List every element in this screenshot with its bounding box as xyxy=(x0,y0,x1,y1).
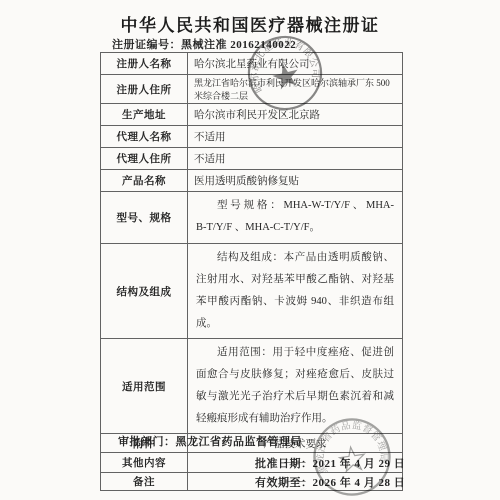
certificate-page: 中华人民共和国医疗器械注册证 注册证编号：黑械注准 20162140022 注册… xyxy=(0,0,500,500)
table-row: 注册人住所 黑龙江省哈尔滨市利民开发区哈尔滨轴承厂东 500 米综合楼二层 xyxy=(101,75,403,104)
table-row: 产品名称 医用透明质酸钠修复贴 xyxy=(101,170,403,192)
row-label: 生产地址 xyxy=(101,104,188,126)
registration-number-value: 黑械注准 20162140022 xyxy=(181,39,296,51)
registration-number-line: 注册证编号：黑械注准 20162140022 xyxy=(112,36,296,52)
row-label: 结构及组成 xyxy=(101,244,188,339)
table-row: 生产地址 哈尔滨市利民开发区北京路 xyxy=(101,104,403,126)
model-spec-text: 型 号 规 格 ： MHA-W-T/Y/F 、 MHA-B-T/Y/F 、MHA… xyxy=(194,193,396,241)
row-label: 代理人住所 xyxy=(101,148,188,170)
approve-date-value: 2021 年 4 月 29 日 xyxy=(313,458,406,470)
table-row: 适用范围 适用范围：用于轻中度痤疮、促进创面愈合与皮肤修复；对痤疮愈后、皮肤过敏… xyxy=(101,339,403,434)
row-label: 备注 xyxy=(101,473,188,491)
row-label: 注册人名称 xyxy=(101,53,188,75)
row-label: 其他内容 xyxy=(101,453,188,473)
row-label: 型号、规格 xyxy=(101,192,188,244)
row-label: 产品名称 xyxy=(101,170,188,192)
row-value: 结构及组成：本产品由透明质酸钠、注射用水、对羟基苯甲酸乙酯钠、对羟基苯甲酸丙酯钠… xyxy=(188,244,403,339)
approval-department-label: 审批部门： xyxy=(118,436,176,448)
row-value: 哈尔滨市利民开发区北京路 xyxy=(188,104,403,126)
row-label: 适用范围 xyxy=(101,339,188,434)
approve-date-line: 批准日期：2021 年 4 月 29 日 xyxy=(255,455,405,471)
row-label: 注册人住所 xyxy=(101,75,188,104)
intended-use-text: 适用范围：用于轻中度痤疮、促进创面愈合与皮肤修复；对痤疮愈后、皮肤过敏与激光光子… xyxy=(194,340,396,432)
table-row: 代理人名称 不适用 xyxy=(101,126,403,148)
table-row: 注册人名称 哈尔滨北星药业有限公司 xyxy=(101,53,403,75)
row-value: 黑龙江省哈尔滨市利民开发区哈尔滨轴承厂东 500 米综合楼二层 xyxy=(188,75,403,104)
row-value: 医用透明质酸钠修复贴 xyxy=(188,170,403,192)
certificate-table: 注册人名称 哈尔滨北星药业有限公司 注册人住所 黑龙江省哈尔滨市利民开发区哈尔滨… xyxy=(100,52,403,491)
row-label: 代理人名称 xyxy=(101,126,188,148)
row-value: 不适用 xyxy=(188,148,403,170)
row-value: 不适用 xyxy=(188,126,403,148)
approve-date-label: 批准日期： xyxy=(255,458,313,470)
row-value: 适用范围：用于轻中度痤疮、促进创面愈合与皮肤修复；对痤疮愈后、皮肤过敏与激光光子… xyxy=(188,339,403,434)
table-row: 型号、规格 型 号 规 格 ： MHA-W-T/Y/F 、 MHA-B-T/Y/… xyxy=(101,192,403,244)
registration-number-label: 注册证编号： xyxy=(112,39,181,51)
certificate-title: 中华人民共和国医疗器械注册证 xyxy=(0,11,500,36)
table-row: 代理人住所 不适用 xyxy=(101,148,403,170)
approval-department-line: 审批部门：黑龙江省药品监督管理局 xyxy=(118,433,302,449)
valid-until-value: 2026 年 4 月 28 日 xyxy=(313,477,406,489)
composition-text: 结构及组成：本产品由透明质酸钠、注射用水、对羟基苯甲酸乙酯钠、对羟基苯甲酸丙酯钠… xyxy=(194,245,396,337)
row-value: 型 号 规 格 ： MHA-W-T/Y/F 、 MHA-B-T/Y/F 、MHA… xyxy=(188,192,403,244)
valid-until-label: 有效期至： xyxy=(255,477,313,489)
row-value: 哈尔滨北星药业有限公司 xyxy=(188,53,403,75)
valid-until-line: 有效期至：2026 年 4 月 28 日 xyxy=(255,474,405,490)
approval-department-value: 黑龙江省药品监督管理局 xyxy=(176,436,303,448)
table-row: 结构及组成 结构及组成：本产品由透明质酸钠、注射用水、对羟基苯甲酸乙酯钠、对羟基… xyxy=(101,244,403,339)
